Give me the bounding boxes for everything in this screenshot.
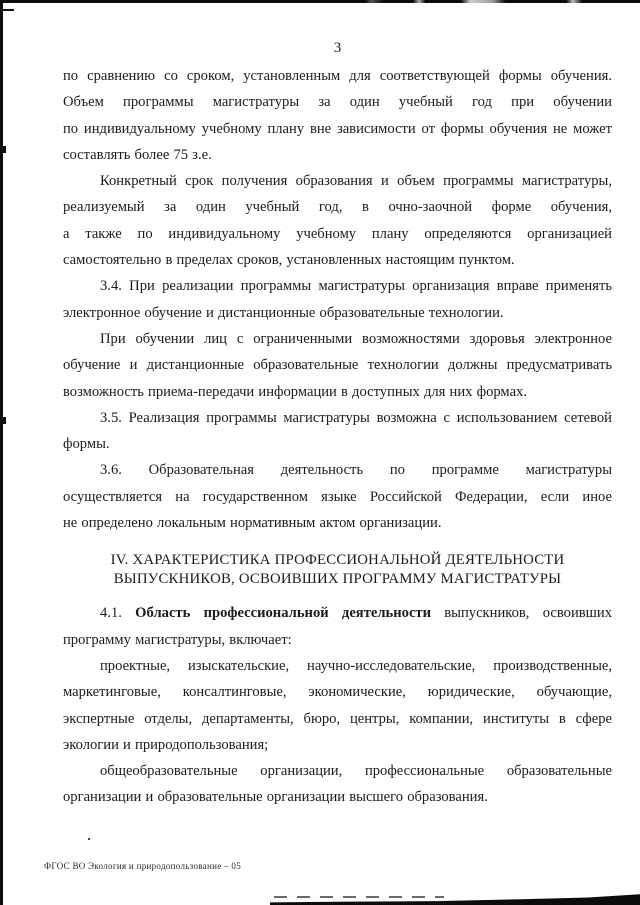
paragraph: Конкретный срок получения образования и … <box>63 168 612 273</box>
text-line: обучение и дистанционные образовательные… <box>63 352 612 378</box>
paragraph: При обучении лиц с ограниченными возможн… <box>63 326 612 405</box>
scan-artifact-dot <box>88 838 90 840</box>
text-line: организации и образовательные организаци… <box>63 784 612 810</box>
scan-artifact-tick <box>0 417 6 424</box>
text-line: экологии и природопользования; <box>63 732 612 758</box>
document-page: 3 по сравнению со сроком, установленным … <box>0 0 640 905</box>
heading-line: ВЫПУСКНИКОВ, ОСВОИВШИХ ПРОГРАММУ МАГИСТР… <box>63 570 612 589</box>
scan-artifact-dashes <box>274 896 444 898</box>
text-line: 3.5. Реализация программы магистратуры в… <box>63 405 612 431</box>
paragraph: 3.5. Реализация программы магистратуры в… <box>63 405 612 458</box>
paragraph: общеобразовательные организации, професс… <box>63 758 612 811</box>
text-line: 3.4. При реализации программы магистрату… <box>63 273 612 299</box>
scan-artifact-line <box>0 9 14 11</box>
paragraph: 4.1. Область профессиональной деятельнос… <box>63 600 612 653</box>
paragraph: 3.4. При реализации программы магистрату… <box>63 273 612 326</box>
text-line: а также по индивидуальному учебному план… <box>63 221 612 247</box>
text-line: по сравнению со сроком, установленным дл… <box>63 63 612 89</box>
text-line: возможность приема-передачи информации в… <box>63 379 612 405</box>
text-line: не определено локальным нормативным акто… <box>63 510 612 536</box>
text-line: Конкретный срок получения образования и … <box>63 168 612 194</box>
text-line: общеобразовательные организации, професс… <box>63 758 612 784</box>
heading-line: IV. ХАРАКТЕРИСТИКА ПРОФЕССИОНАЛЬНОЙ ДЕЯТ… <box>63 551 612 570</box>
text-line: маркетинговые, консалтинговые, экономиче… <box>63 679 612 705</box>
paragraph: проектные, изыскательские, научно-исслед… <box>63 653 612 758</box>
text-line: Объем программы магистратуры за один уче… <box>63 89 612 115</box>
text-line: проектные, изыскательские, научно-исслед… <box>63 653 612 679</box>
text-line: составлять более 75 з.е. <box>63 142 612 168</box>
text-line: осуществляется на государственном языке … <box>63 484 612 510</box>
scan-artifact-tick <box>0 146 6 153</box>
scan-artifact-left-edge <box>0 0 3 905</box>
footer-label: ФГОС ВО Экология и природопользование – … <box>44 861 241 871</box>
text-line: реализуемый за один учебный год, в очно-… <box>63 194 612 220</box>
text-line: самостоятельно в пределах сроков, устано… <box>63 247 612 273</box>
text-line: экспертные отделы, департаменты, бюро, ц… <box>63 706 612 732</box>
scan-artifact-bottom-edge <box>270 893 640 905</box>
text-line: по индивидуальному учебному плану вне за… <box>63 116 612 142</box>
text-line: 4.1. Область профессиональной деятельнос… <box>63 600 612 626</box>
scan-artifact-top-edge <box>0 0 640 3</box>
document-body: по сравнению со сроком, установленным дл… <box>63 63 612 811</box>
paragraph: 3.6. Образовательная деятельность по про… <box>63 457 612 536</box>
text-line: 3.6. Образовательная деятельность по про… <box>63 457 612 483</box>
text-line: При обучении лиц с ограниченными возможн… <box>63 326 612 352</box>
text-line: формы. <box>63 431 612 457</box>
text-line: электронное обучение и дистанционные обр… <box>63 300 612 326</box>
paragraph: по сравнению со сроком, установленным дл… <box>63 63 612 168</box>
section-heading: IV. ХАРАКТЕРИСТИКА ПРОФЕССИОНАЛЬНОЙ ДЕЯТ… <box>63 551 612 588</box>
text-line: программу магистратуры, включает: <box>63 627 612 653</box>
page-number: 3 <box>63 40 612 57</box>
